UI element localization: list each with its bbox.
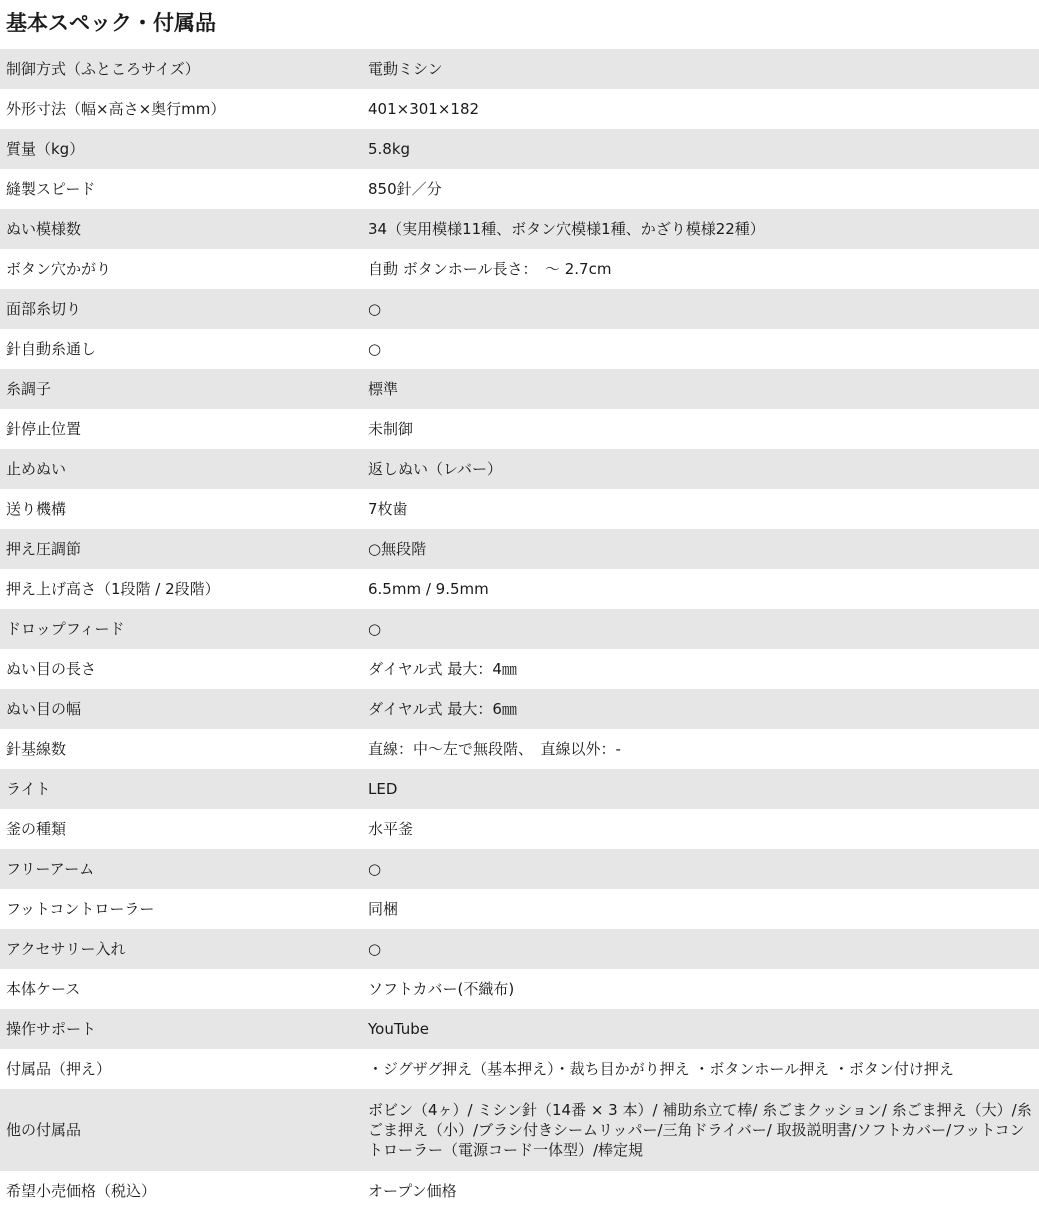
spec-label: 外形寸法（幅×高さ×奥行mm） xyxy=(0,89,362,129)
spec-label: ドロップフィード xyxy=(0,609,362,649)
spec-label: 希望小売価格（税込） xyxy=(0,1171,362,1211)
spec-row: 止めぬい返しぬい（レバー） xyxy=(0,449,1039,489)
spec-value: ・ジグザグ押え（基本押え）・裁ち目かがり押え ・ボタンホール押え ・ボタン付け押… xyxy=(362,1049,1039,1089)
spec-table: 制御方式（ふところサイズ）電動ミシン外形寸法（幅×高さ×奥行mm）401×301… xyxy=(0,49,1039,1211)
spec-label: アクセサリー入れ xyxy=(0,929,362,969)
page-title: 基本スペック・付属品 xyxy=(0,0,1039,49)
spec-value: ソフトカバー(不織布) xyxy=(362,969,1039,1009)
spec-label: 送り機構 xyxy=(0,489,362,529)
spec-value: 同梱 xyxy=(362,889,1039,929)
spec-value: ボビン（4ヶ）/ ミシン針（14番 × 3 本）/ 補助糸立て棒/ 糸ごまクッシ… xyxy=(362,1089,1039,1171)
spec-label: 止めぬい xyxy=(0,449,362,489)
spec-value: ○ xyxy=(362,849,1039,889)
spec-label: ぬい模様数 xyxy=(0,209,362,249)
spec-value: YouTube xyxy=(362,1009,1039,1049)
spec-row: 縫製スピード850針／分 xyxy=(0,169,1039,209)
spec-value: 電動ミシン xyxy=(362,49,1039,89)
spec-value: ○無段階 xyxy=(362,529,1039,569)
spec-row: フリーアーム○ xyxy=(0,849,1039,889)
spec-value: 自動 ボタンホール長さ： ～ 2.7cm xyxy=(362,249,1039,289)
spec-row: 制御方式（ふところサイズ）電動ミシン xyxy=(0,49,1039,89)
spec-label: 面部糸切り xyxy=(0,289,362,329)
spec-label: 押え圧調節 xyxy=(0,529,362,569)
spec-row: 押え圧調節○無段階 xyxy=(0,529,1039,569)
spec-value: ○ xyxy=(362,929,1039,969)
spec-label: ライト xyxy=(0,769,362,809)
spec-value: 401×301×182 xyxy=(362,89,1039,129)
spec-label: 本体ケース xyxy=(0,969,362,1009)
spec-row: 他の付属品ボビン（4ヶ）/ ミシン針（14番 × 3 本）/ 補助糸立て棒/ 糸… xyxy=(0,1089,1039,1171)
spec-label: 制御方式（ふところサイズ） xyxy=(0,49,362,89)
spec-row: 面部糸切り○ xyxy=(0,289,1039,329)
spec-value: オープン価格 xyxy=(362,1171,1039,1211)
spec-label: 針停止位置 xyxy=(0,409,362,449)
spec-label: ぬい目の幅 xyxy=(0,689,362,729)
spec-value: 850針／分 xyxy=(362,169,1039,209)
spec-row: 付属品（押え）・ジグザグ押え（基本押え）・裁ち目かがり押え ・ボタンホール押え … xyxy=(0,1049,1039,1089)
spec-value: 標準 xyxy=(362,369,1039,409)
spec-label: 操作サポート xyxy=(0,1009,362,1049)
spec-row: ドロップフィード○ xyxy=(0,609,1039,649)
spec-label: 他の付属品 xyxy=(0,1089,362,1171)
spec-row: ぬい目の幅ダイヤル式 最大：6㎜ xyxy=(0,689,1039,729)
spec-row: アクセサリー入れ○ xyxy=(0,929,1039,969)
spec-value: LED xyxy=(362,769,1039,809)
spec-value: ダイヤル式 最大：6㎜ xyxy=(362,689,1039,729)
spec-value: 返しぬい（レバー） xyxy=(362,449,1039,489)
spec-value: 6.5mm / 9.5mm xyxy=(362,569,1039,609)
spec-row: ぬい模様数34（実用模様11種、ボタン穴模様1種、かざり模様22種） xyxy=(0,209,1039,249)
spec-label: 押え上げ高さ（1段階 / 2段階） xyxy=(0,569,362,609)
spec-row: 本体ケースソフトカバー(不織布) xyxy=(0,969,1039,1009)
spec-row: 釜の種類水平釜 xyxy=(0,809,1039,849)
spec-row: 操作サポートYouTube xyxy=(0,1009,1039,1049)
spec-value: ○ xyxy=(362,329,1039,369)
spec-label: 針基線数 xyxy=(0,729,362,769)
spec-value: 5.8kg xyxy=(362,129,1039,169)
spec-value: 未制御 xyxy=(362,409,1039,449)
spec-label: 付属品（押え） xyxy=(0,1049,362,1089)
spec-row: 外形寸法（幅×高さ×奥行mm）401×301×182 xyxy=(0,89,1039,129)
spec-row: 送り機構7枚歯 xyxy=(0,489,1039,529)
spec-value: ○ xyxy=(362,609,1039,649)
spec-row: 希望小売価格（税込）オープン価格 xyxy=(0,1171,1039,1211)
spec-row: ぬい目の長さダイヤル式 最大：4㎜ xyxy=(0,649,1039,689)
spec-value: 34（実用模様11種、ボタン穴模様1種、かざり模様22種） xyxy=(362,209,1039,249)
spec-row: フットコントローラー同梱 xyxy=(0,889,1039,929)
spec-label: 質量（kg） xyxy=(0,129,362,169)
spec-value: 直線：中～左で無段階、 直線以外：- xyxy=(362,729,1039,769)
spec-value: ダイヤル式 最大：4㎜ xyxy=(362,649,1039,689)
spec-row: ライトLED xyxy=(0,769,1039,809)
spec-row: 針基線数直線：中～左で無段階、 直線以外：- xyxy=(0,729,1039,769)
spec-row: 質量（kg）5.8kg xyxy=(0,129,1039,169)
spec-label: 釜の種類 xyxy=(0,809,362,849)
spec-row: 押え上げ高さ（1段階 / 2段階）6.5mm / 9.5mm xyxy=(0,569,1039,609)
spec-row: 針自動糸通し○ xyxy=(0,329,1039,369)
spec-label: ボタン穴かがり xyxy=(0,249,362,289)
spec-label: 糸調子 xyxy=(0,369,362,409)
spec-label: 針自動糸通し xyxy=(0,329,362,369)
spec-label: フットコントローラー xyxy=(0,889,362,929)
spec-row: 糸調子標準 xyxy=(0,369,1039,409)
spec-value: 7枚歯 xyxy=(362,489,1039,529)
spec-row: ボタン穴かがり自動 ボタンホール長さ： ～ 2.7cm xyxy=(0,249,1039,289)
spec-label: ぬい目の長さ xyxy=(0,649,362,689)
spec-row: 針停止位置未制御 xyxy=(0,409,1039,449)
spec-value: 水平釜 xyxy=(362,809,1039,849)
spec-label: 縫製スピード xyxy=(0,169,362,209)
spec-label: フリーアーム xyxy=(0,849,362,889)
spec-value: ○ xyxy=(362,289,1039,329)
